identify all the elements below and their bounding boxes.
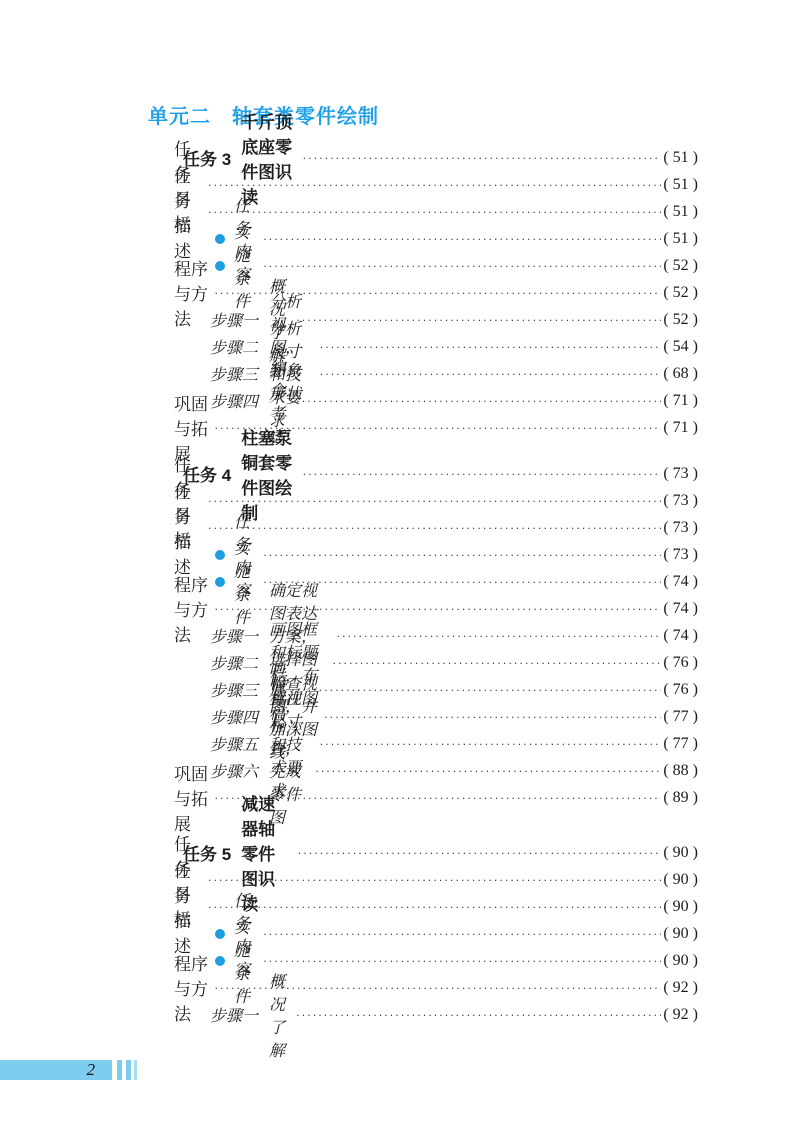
toc-entry-step: 步骤二 分析视图，想象形状 ··························… bbox=[148, 333, 698, 360]
toc-entry-step: 步骤一 确定视图表达方案，选择图幅 ······················… bbox=[148, 622, 698, 649]
dot-leader: ········································… bbox=[320, 368, 662, 381]
page-number: ( 77 ) bbox=[663, 735, 698, 753]
toc-entry-bullet: 实施条件 ···································… bbox=[148, 947, 698, 974]
toc-entry-bullet: 任务内容 ···································… bbox=[148, 225, 698, 252]
footer-stripe-2 bbox=[126, 1060, 131, 1080]
page-number: ( 51 ) bbox=[663, 149, 698, 167]
toc-entry-heading: 程序与方法 ··································… bbox=[148, 595, 698, 622]
page-number: ( 77 ) bbox=[663, 708, 698, 726]
heading-title: 巩固与拓展 bbox=[174, 760, 209, 835]
dot-leader: ········································… bbox=[263, 928, 661, 941]
dot-leader: ········································… bbox=[303, 152, 662, 165]
heading-title: 程序与方法 bbox=[174, 571, 209, 646]
page-number: ( 68 ) bbox=[663, 365, 698, 383]
dot-leader: ········································… bbox=[208, 874, 661, 887]
toc-entry-heading: 任务目标 ···································… bbox=[148, 487, 698, 514]
toc-entry-bullet: 任务内容 ···································… bbox=[148, 541, 698, 568]
dot-leader: ········································… bbox=[208, 495, 661, 508]
bullet-circle-icon bbox=[215, 550, 225, 560]
dot-leader: ········································… bbox=[208, 901, 661, 914]
toc-entry-heading: 任务描述 ···································… bbox=[148, 198, 698, 225]
toc-section-task5: 任务 5 减速器轴零件图识读 ·························… bbox=[148, 839, 698, 1028]
bullet-circle-icon bbox=[215, 929, 225, 939]
page-number: ( 51 ) bbox=[663, 176, 698, 194]
page-number: ( 71 ) bbox=[663, 419, 698, 437]
toc-entry-task: 任务 5 减速器轴零件图识读 ·························… bbox=[148, 839, 698, 866]
book-toc-page: { "colors": { "accent_blue": "#1b9fe8", … bbox=[0, 0, 800, 1125]
dot-leader: ········································… bbox=[296, 314, 661, 327]
heading-title: 任务描述 bbox=[174, 857, 202, 957]
page-number: ( 76 ) bbox=[663, 681, 698, 699]
page-number: ( 52 ) bbox=[663, 311, 698, 329]
page-number: ( 73 ) bbox=[663, 519, 698, 537]
dot-leader: ········································… bbox=[296, 1009, 661, 1022]
dot-leader: ········································… bbox=[315, 765, 661, 778]
page-number: ( 90 ) bbox=[663, 898, 698, 916]
step-number-label: 步骤五 bbox=[210, 732, 258, 755]
footer-page-number: 2 bbox=[0, 1060, 112, 1080]
toc-entry-step: 步骤三 画底稿 ································… bbox=[148, 676, 698, 703]
page-number: ( 90 ) bbox=[663, 871, 698, 889]
toc-entry-step: 步骤四 检查视图，并加深图线 ·························… bbox=[148, 703, 698, 730]
toc-entry-step: 步骤三 分析尺寸和技术要求 ··························… bbox=[148, 360, 698, 387]
toc-entry-heading: 任务描述 ···································… bbox=[148, 514, 698, 541]
dot-leader: ········································… bbox=[336, 630, 661, 643]
toc-entry-heading: 任务目标 ···································… bbox=[148, 866, 698, 893]
step-number-label: 步骤四 bbox=[210, 705, 258, 728]
page-number: ( 76 ) bbox=[663, 654, 698, 672]
toc-entry-heading: 程序与方法 ··································… bbox=[148, 279, 698, 306]
toc-entry-heading: 任务描述 ···································… bbox=[148, 893, 698, 920]
step-number-label: 步骤三 bbox=[210, 678, 258, 701]
dot-leader: ········································… bbox=[324, 711, 661, 724]
bullet-circle-icon bbox=[215, 577, 225, 587]
toc-entry-heading: 巩固与拓展 ··································… bbox=[148, 784, 698, 811]
dot-leader: ········································… bbox=[298, 847, 662, 860]
toc-entry-heading: 程序与方法 ··································… bbox=[148, 974, 698, 1001]
step-number-label: 步骤四 bbox=[210, 389, 258, 412]
page-number: ( 73 ) bbox=[663, 465, 698, 483]
toc-entry-bullet: 任务内容 ···································… bbox=[148, 920, 698, 947]
toc-entry-step: 步骤六 检查，完成零件图 ···························… bbox=[148, 757, 698, 784]
heading-title: 程序与方法 bbox=[174, 255, 209, 330]
bullet-circle-icon bbox=[215, 956, 225, 966]
page-number: ( 71 ) bbox=[663, 392, 698, 410]
page-number: ( 51 ) bbox=[663, 203, 698, 221]
step-number-label: 步骤一 bbox=[210, 308, 258, 331]
dot-leader: ········································… bbox=[208, 522, 661, 535]
dot-leader: ········································… bbox=[208, 206, 661, 219]
page-number: ( 74 ) bbox=[663, 627, 698, 645]
page-number: ( 73 ) bbox=[663, 546, 698, 564]
toc-entry-step: 步骤二 画图框和标题栏，布置视图 ·······················… bbox=[148, 649, 698, 676]
step-number-label: 步骤一 bbox=[210, 624, 258, 647]
toc-section-task3: 任务 3 千斤顶底座零件图识读 ························… bbox=[148, 144, 698, 441]
heading-title: 程序与方法 bbox=[174, 950, 209, 1025]
toc-entry-step: 步骤五 标注尺寸和技术要求 ··························… bbox=[148, 730, 698, 757]
dot-leader: ········································… bbox=[263, 955, 661, 968]
footer-stripe-1 bbox=[117, 1060, 122, 1080]
page-number: ( 92 ) bbox=[663, 1006, 698, 1024]
dot-leader: ········································… bbox=[263, 260, 661, 273]
dot-leader: ········································… bbox=[296, 395, 661, 408]
toc-entry-bullet: 实施条件 ···································… bbox=[148, 252, 698, 279]
dot-leader: ········································… bbox=[303, 468, 662, 481]
toc-entry-task: 任务 3 千斤顶底座零件图识读 ························… bbox=[148, 144, 698, 171]
toc-entry-task: 任务 4 柱塞泵铜套零件图绘制 ························… bbox=[148, 460, 698, 487]
page-number: ( 73 ) bbox=[663, 492, 698, 510]
dot-leader: ········································… bbox=[320, 341, 662, 354]
dot-leader: ········································… bbox=[291, 684, 661, 697]
dot-leader: ········································… bbox=[215, 603, 662, 616]
dot-leader: ········································… bbox=[208, 179, 661, 192]
page-number: ( 90 ) bbox=[663, 925, 698, 943]
toc-entry-heading: 任务目标 ···································… bbox=[148, 171, 698, 198]
toc-section-task4: 任务 4 柱塞泵铜套零件图绘制 ························… bbox=[148, 460, 698, 811]
page-number: ( 52 ) bbox=[663, 284, 698, 302]
page-number: ( 74 ) bbox=[663, 573, 698, 591]
page-number: ( 90 ) bbox=[663, 952, 698, 970]
page-number: ( 52 ) bbox=[663, 257, 698, 275]
step-number-label: 步骤六 bbox=[210, 759, 258, 782]
heading-title: 任务描述 bbox=[174, 478, 202, 578]
dot-leader: ········································… bbox=[263, 549, 661, 562]
page-number: ( 90 ) bbox=[663, 844, 698, 862]
toc-entry-bullet: 实施条件 ···································… bbox=[148, 568, 698, 595]
toc-entry-step: 步骤四 综合考虑 ·······························… bbox=[148, 387, 698, 414]
dot-leader: ········································… bbox=[215, 982, 662, 995]
heading-title: 任务描述 bbox=[174, 162, 202, 262]
toc-entry-heading: 巩固与拓展 ··································… bbox=[148, 414, 698, 441]
page-number: ( 54 ) bbox=[663, 338, 698, 356]
step-number-label: 步骤二 bbox=[210, 651, 258, 674]
dot-leader: ········································… bbox=[320, 738, 662, 751]
step-number-label: 步骤二 bbox=[210, 335, 258, 358]
step-number-label: 步骤一 bbox=[210, 1003, 258, 1026]
page-number: ( 92 ) bbox=[663, 979, 698, 997]
bullet-circle-icon bbox=[215, 234, 225, 244]
page-number: ( 51 ) bbox=[663, 230, 698, 248]
step-number-label: 步骤三 bbox=[210, 362, 258, 385]
toc-entry-step: 步骤一 概况了解 ·······························… bbox=[148, 1001, 698, 1028]
dot-leader: ········································… bbox=[263, 576, 661, 589]
dot-leader: ········································… bbox=[332, 657, 661, 670]
toc-entry-step: 步骤一 概况了解 ·······························… bbox=[148, 306, 698, 333]
page-number: ( 88 ) bbox=[663, 762, 698, 780]
footer-page-bar: 2 bbox=[0, 1060, 112, 1080]
page-number: ( 89 ) bbox=[663, 789, 698, 807]
page-number: ( 74 ) bbox=[663, 600, 698, 618]
dot-leader: ········································… bbox=[215, 287, 662, 300]
bullet-circle-icon bbox=[215, 261, 225, 271]
footer-stripe-3 bbox=[134, 1060, 137, 1080]
dot-leader: ········································… bbox=[263, 233, 661, 246]
